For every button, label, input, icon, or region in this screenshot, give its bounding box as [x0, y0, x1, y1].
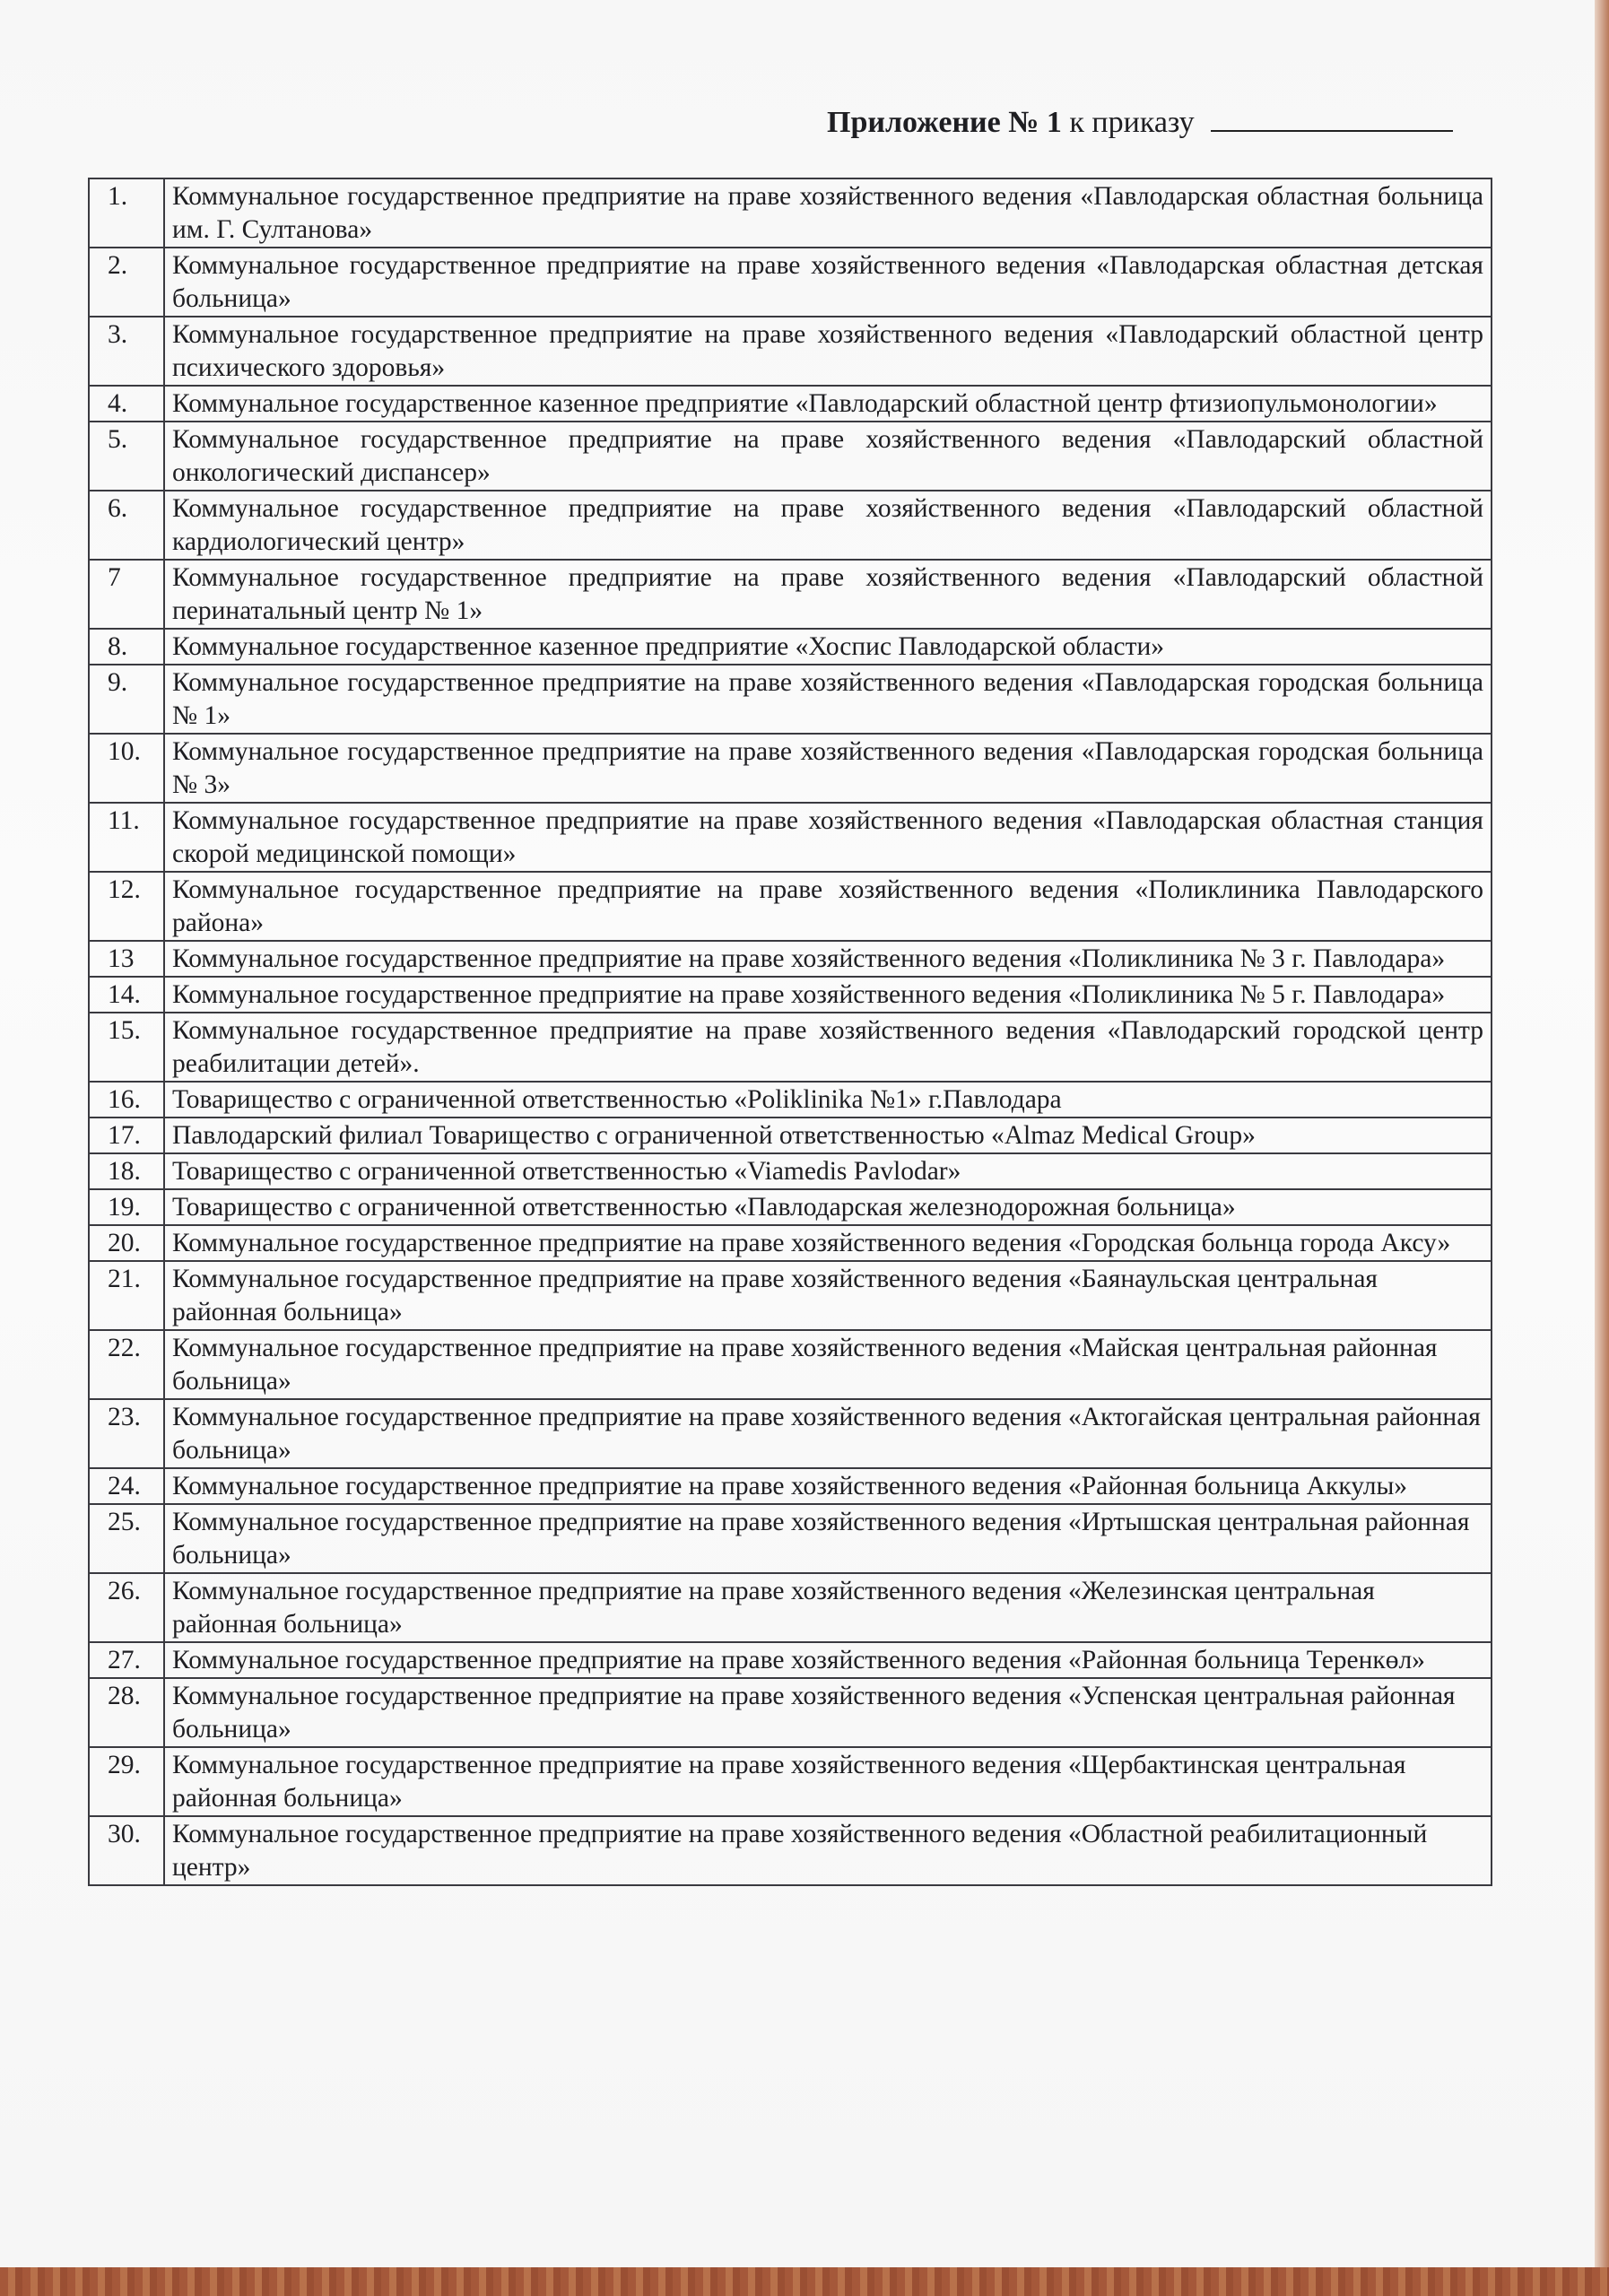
- table-row: 15.Коммунальное государственное предприя…: [89, 1013, 1492, 1082]
- table-row: 3.Коммунальное государственное предприят…: [89, 317, 1492, 386]
- table-surface: [0, 2267, 1609, 2296]
- table-surface-edge: [1595, 0, 1609, 2296]
- table-row: 6.Коммунальное государственное предприят…: [89, 491, 1492, 560]
- organization-name: Павлодарский филиал Товарищество с огран…: [164, 1118, 1492, 1153]
- organization-name: Коммунальное государственное предприятие…: [164, 803, 1492, 872]
- organization-name: Коммунальное государственное предприятие…: [164, 941, 1492, 977]
- row-number: 24.: [89, 1468, 164, 1504]
- organization-name: Товарищество с ограниченной ответственно…: [164, 1153, 1492, 1189]
- row-number: 21.: [89, 1261, 164, 1330]
- organization-name: Товарищество с ограниченной ответственно…: [164, 1189, 1492, 1225]
- table-row: 11.Коммунальное государственное предприя…: [89, 803, 1492, 872]
- table-row: 16.Товарищество с ограниченной ответстве…: [89, 1082, 1492, 1118]
- organization-name: Коммунальное государственное предприятие…: [164, 872, 1492, 941]
- appendix-heading: Приложение № 1 к приказу: [827, 106, 1453, 140]
- row-number: 23.: [89, 1399, 164, 1468]
- organization-name: Коммунальное государственное казенное пр…: [164, 629, 1492, 665]
- table-row: 28.Коммунальное государственное предприя…: [89, 1678, 1492, 1747]
- row-number: 25.: [89, 1504, 164, 1573]
- row-number: 16.: [89, 1082, 164, 1118]
- table-row: 21.Коммунальное государственное предприя…: [89, 1261, 1492, 1330]
- table-row: 25.Коммунальное государственное предприя…: [89, 1504, 1492, 1573]
- table-row: 30.Коммунальное государственное предприя…: [89, 1816, 1492, 1885]
- table-row: 17.Павлодарский филиал Товарищество с ог…: [89, 1118, 1492, 1153]
- row-number: 7: [89, 560, 164, 629]
- table-row: 29.Коммунальное государственное предприя…: [89, 1747, 1492, 1816]
- organization-name: Коммунальное государственное предприятие…: [164, 734, 1492, 803]
- row-number: 11.: [89, 803, 164, 872]
- row-number: 10.: [89, 734, 164, 803]
- organization-name: Коммунальное государственное предприятие…: [164, 1330, 1492, 1399]
- organization-name: Коммунальное государственное предприятие…: [164, 1261, 1492, 1330]
- table-row: 27.Коммунальное государственное предприя…: [89, 1642, 1492, 1678]
- organization-name: Коммунальное государственное предприятие…: [164, 248, 1492, 317]
- table-row: 2.Коммунальное государственное предприят…: [89, 248, 1492, 317]
- table-row: 4.Коммунальное государственное казенное …: [89, 386, 1492, 422]
- row-number: 1.: [89, 178, 164, 248]
- table-row: 13Коммунальное государственное предприят…: [89, 941, 1492, 977]
- table-row: 1.Коммунальное государственное предприят…: [89, 178, 1492, 248]
- table-row: 26.Коммунальное государственное предприя…: [89, 1573, 1492, 1642]
- row-number: 3.: [89, 317, 164, 386]
- organization-name: Коммунальное государственное предприятие…: [164, 1013, 1492, 1082]
- table-row: 18.Товарищество с ограниченной ответстве…: [89, 1153, 1492, 1189]
- table-row: 22.Коммунальное государственное предприя…: [89, 1330, 1492, 1399]
- row-number: 22.: [89, 1330, 164, 1399]
- row-number: 9.: [89, 665, 164, 734]
- order-number-blank-line: [1211, 107, 1453, 132]
- table-row: 9.Коммунальное государственное предприят…: [89, 665, 1492, 734]
- row-number: 30.: [89, 1816, 164, 1885]
- row-number: 4.: [89, 386, 164, 422]
- organization-name: Коммунальное государственное предприятие…: [164, 491, 1492, 560]
- row-number: 18.: [89, 1153, 164, 1189]
- organization-name: Коммунальное государственное казенное пр…: [164, 386, 1492, 422]
- table-row: 8.Коммунальное государственное казенное …: [89, 629, 1492, 665]
- organization-name: Коммунальное государственное предприятие…: [164, 1225, 1492, 1261]
- row-number: 6.: [89, 491, 164, 560]
- row-number: 29.: [89, 1747, 164, 1816]
- row-number: 12.: [89, 872, 164, 941]
- table-row: 20.Коммунальное государственное предприя…: [89, 1225, 1492, 1261]
- row-number: 27.: [89, 1642, 164, 1678]
- table-row: 19.Товарищество с ограниченной ответстве…: [89, 1189, 1492, 1225]
- row-number: 20.: [89, 1225, 164, 1261]
- organization-name: Коммунальное государственное предприятие…: [164, 1573, 1492, 1642]
- table-row: 7Коммунальное государственное предприяти…: [89, 560, 1492, 629]
- row-number: 8.: [89, 629, 164, 665]
- table-row: 14.Коммунальное государственное предприя…: [89, 977, 1492, 1013]
- document-page: Приложение № 1 к приказу 1.Коммунальное …: [0, 0, 1595, 2267]
- organization-name: Коммунальное государственное предприятие…: [164, 665, 1492, 734]
- appendix-number: Приложение № 1: [827, 106, 1062, 139]
- organization-name: Коммунальное государственное предприятие…: [164, 1399, 1492, 1468]
- row-number: 2.: [89, 248, 164, 317]
- row-number: 13: [89, 941, 164, 977]
- organization-name: Коммунальное государственное предприятие…: [164, 422, 1492, 491]
- organization-name: Коммунальное государственное предприятие…: [164, 1678, 1492, 1747]
- organization-name: Коммунальное государственное предприятие…: [164, 560, 1492, 629]
- organization-name: Коммунальное государственное предприятие…: [164, 1468, 1492, 1504]
- row-number: 28.: [89, 1678, 164, 1747]
- organization-name: Коммунальное государственное предприятие…: [164, 1642, 1492, 1678]
- row-number: 14.: [89, 977, 164, 1013]
- order-reference-label: к приказу: [1069, 106, 1194, 139]
- table-row: 24.Коммунальное государственное предприя…: [89, 1468, 1492, 1504]
- table-row: 10.Коммунальное государственное предприя…: [89, 734, 1492, 803]
- row-number: 19.: [89, 1189, 164, 1225]
- row-number: 17.: [89, 1118, 164, 1153]
- organization-name: Товарищество с ограниченной ответственно…: [164, 1082, 1492, 1118]
- organization-name: Коммунальное государственное предприятие…: [164, 317, 1492, 386]
- row-number: 5.: [89, 422, 164, 491]
- row-number: 26.: [89, 1573, 164, 1642]
- organization-name: Коммунальное государственное предприятие…: [164, 1747, 1492, 1816]
- row-number: 15.: [89, 1013, 164, 1082]
- table-row: 5.Коммунальное государственное предприят…: [89, 422, 1492, 491]
- organization-name: Коммунальное государственное предприятие…: [164, 178, 1492, 248]
- table-row: 23.Коммунальное государственное предприя…: [89, 1399, 1492, 1468]
- organizations-table: 1.Коммунальное государственное предприят…: [88, 178, 1492, 1886]
- organization-name: Коммунальное государственное предприятие…: [164, 1504, 1492, 1573]
- organization-name: Коммунальное государственное предприятие…: [164, 977, 1492, 1013]
- organization-name: Коммунальное государственное предприятие…: [164, 1816, 1492, 1885]
- table-row: 12.Коммунальное государственное предприя…: [89, 872, 1492, 941]
